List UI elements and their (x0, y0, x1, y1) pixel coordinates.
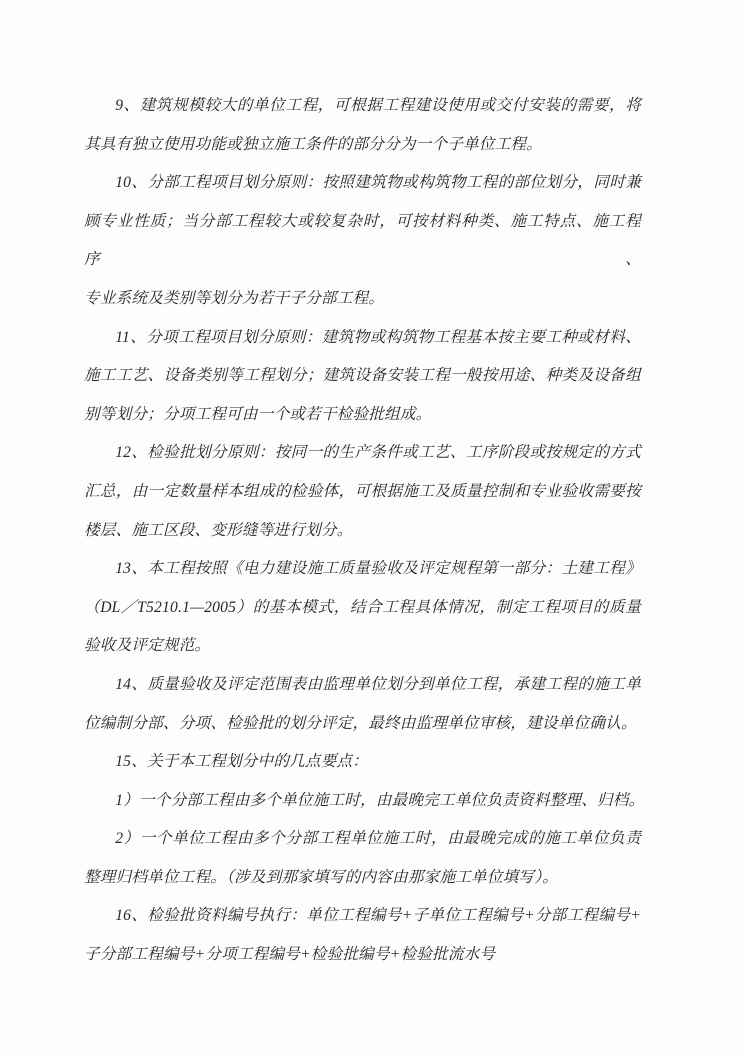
paragraph-item-16: 16、检验批资料编号执行：单位工程编号+子单位工程编号+分部工程编号+ 子分部工… (84, 897, 641, 974)
paragraph-line: 14、质量验收及评定范围表由监理单位划分到单位工程，承建工程的施工单 (84, 666, 641, 705)
paragraph-item-15-sub-1: 1）一个分部工程由多个单位施工时，由最晚完工单位负责资料整理、归档。 (84, 782, 641, 821)
paragraph-line: 16、检验批资料编号执行：单位工程编号+子单位工程编号+分部工程编号+ (84, 897, 641, 936)
paragraph-item-11: 11、分项工程项目划分原则：建筑物或构筑物工程基本按主要工种或材料、 施工工艺、… (84, 319, 641, 435)
paragraph-line: 子分部工程编号+分项工程编号+检验批编号+检验批流水号 (84, 936, 641, 975)
paragraph-item-10: 10、分部工程项目划分原则：按照建筑物或构筑物工程的部位划分，同时兼 顾专业性质… (84, 164, 641, 318)
paragraph-line: 2）一个单位工程由多个分部工程单位施工时，由最晚完成的施工单位负责 (84, 820, 641, 859)
paragraph-line: 专业系统及类别等划分为若干子分部工程。 (84, 280, 641, 319)
paragraph-line: 顾专业性质；当分部工程较大或较复杂时，可按材料种类、施工特点、施工程序、 (84, 203, 641, 280)
paragraph-line: 11、分项工程项目划分原则：建筑物或构筑物工程基本按主要工种或材料、 (84, 319, 641, 358)
paragraph-line: 12、检验批划分原则：按同一的生产条件或工艺、工序阶段或按规定的方式 (84, 434, 641, 473)
paragraph-item-15: 15、关于本工程划分中的几点要点： (84, 743, 641, 782)
paragraph-line: 13、本工程按照《电力建设施工质量验收及评定规程第一部分：土建工程》 (84, 550, 641, 589)
paragraph-item-12: 12、检验批划分原则：按同一的生产条件或工艺、工序阶段或按规定的方式 汇总，由一… (84, 434, 641, 550)
paragraph-line: （DL／T5210.1—2005）的基本模式，结合工程具体情况，制定工程项目的质… (84, 589, 641, 628)
paragraph-line: 1）一个分部工程由多个单位施工时，由最晚完工单位负责资料整理、归档。 (84, 782, 641, 821)
paragraph-line: 15、关于本工程划分中的几点要点： (84, 743, 641, 782)
document-page: 9、建筑规模较大的单位工程，可根据工程建设使用或交付安装的需要，将 其具有独立使… (0, 0, 744, 1052)
paragraph-line: 位编制分部、分项、检验批的划分评定，最终由监理单位审核，建设单位确认。 (84, 705, 641, 744)
paragraph-line: 别等划分；分项工程可由一个或若干检验批组成。 (84, 396, 641, 435)
paragraph-item-13: 13、本工程按照《电力建设施工质量验收及评定规程第一部分：土建工程》 （DL／T… (84, 550, 641, 666)
paragraph-item-9: 9、建筑规模较大的单位工程，可根据工程建设使用或交付安装的需要，将 其具有独立使… (84, 87, 641, 164)
paragraph-line: 施工工艺、设备类别等工程划分；建筑设备安装工程一般按用途、种类及设备组 (84, 357, 641, 396)
paragraph-line: 验收及评定规范。 (84, 627, 641, 666)
paragraph-item-14: 14、质量验收及评定范围表由监理单位划分到单位工程，承建工程的施工单 位编制分部… (84, 666, 641, 743)
paragraph-line: 汇总，由一定数量样本组成的检验体，可根据施工及质量控制和专业验收需要按 (84, 473, 641, 512)
paragraph-item-15-sub-2: 2）一个单位工程由多个分部工程单位施工时，由最晚完成的施工单位负责 整理归档单位… (84, 820, 641, 897)
paragraph-line: 楼层、施工区段、变形缝等进行划分。 (84, 512, 641, 551)
document-text-block: 9、建筑规模较大的单位工程，可根据工程建设使用或交付安装的需要，将 其具有独立使… (84, 87, 641, 975)
paragraph-line: 9、建筑规模较大的单位工程，可根据工程建设使用或交付安装的需要，将 (84, 87, 641, 126)
paragraph-line: 其具有独立使用功能或独立施工条件的部分分为一个子单位工程。 (84, 126, 641, 165)
paragraph-line: 整理归档单位工程。（涉及到那家填写的内容由那家施工单位填写）。 (84, 859, 641, 898)
paragraph-line: 10、分部工程项目划分原则：按照建筑物或构筑物工程的部位划分，同时兼 (84, 164, 641, 203)
